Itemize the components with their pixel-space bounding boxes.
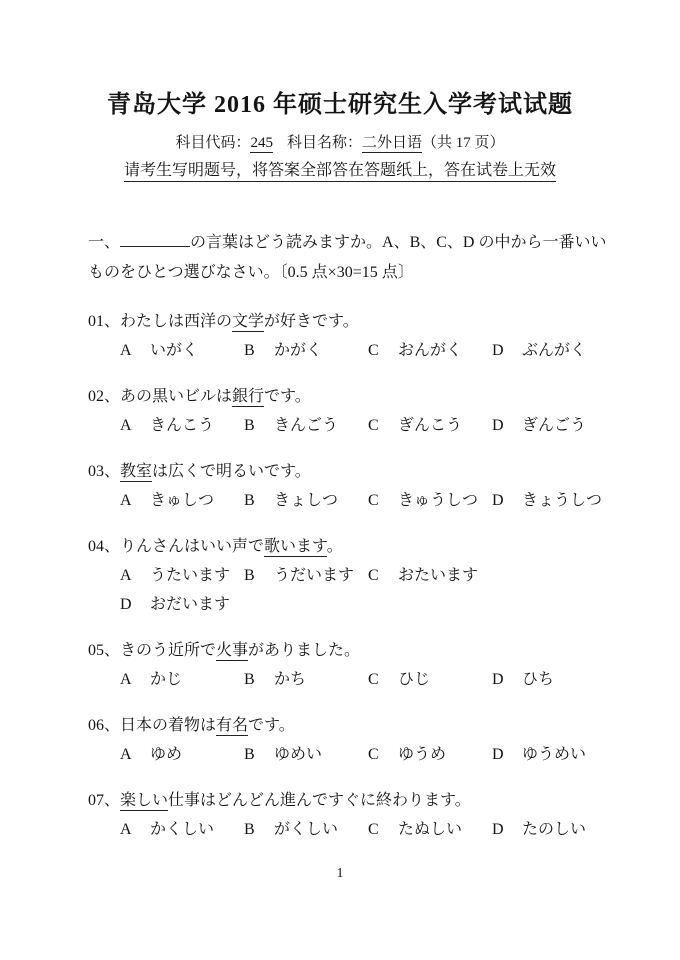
- option-letter: B: [244, 665, 274, 694]
- option-text: たのしい: [522, 815, 586, 844]
- option-b: Bがくしい: [244, 815, 366, 844]
- option-text: おんがく: [398, 336, 462, 365]
- option-b: Bきょしつ: [244, 486, 366, 515]
- option-b: Bゆめい: [244, 740, 366, 769]
- option-d: Dぎんごう: [492, 411, 614, 440]
- option-letter: D: [492, 740, 522, 769]
- option-c: Cたぬしい: [368, 815, 490, 844]
- question-sentence: 04、りんさんはいい声で歌います。: [88, 532, 610, 561]
- options-row: Dおだいます: [88, 590, 610, 619]
- question-sentence: 07、楽しい仕事はどんどん進んですぐに終わります。: [88, 786, 610, 815]
- option-letter: B: [244, 336, 274, 365]
- option-letter: A: [120, 740, 150, 769]
- section-marker: 一、: [88, 234, 120, 251]
- option-letter: D: [492, 336, 522, 365]
- option-text: いがく: [150, 336, 198, 365]
- question-01: 01、わたしは西洋の文学が好きです。 Aいがく Bかがく Cおんがく Dぶんがく: [88, 307, 610, 365]
- options-row: Aかじ Bかち Cひじ Dひち: [88, 665, 610, 694]
- question-sentence: 06、日本の着物は有名です。: [88, 711, 610, 740]
- page-number: 1: [337, 866, 344, 881]
- options-row: Aきゅしつ Bきょしつ Cきゅうしつ Dきょうしつ: [88, 486, 610, 515]
- option-b: Bかち: [244, 665, 366, 694]
- option-b: Bかがく: [244, 336, 366, 365]
- option-a: Aかじ: [120, 665, 242, 694]
- question-07: 07、楽しい仕事はどんどん進んですぐに終わります。 Aかくしい Bがくしい Cた…: [88, 786, 610, 844]
- sentence-post: がありました。: [248, 642, 360, 659]
- question-sentence: 05、きのう近所で火事がありました。: [88, 636, 610, 665]
- section-one-intro: 一、の言葉はどう読みますか。A、B、C、D の中から一番いい ものをひとつ選びな…: [88, 228, 610, 288]
- exam-notice: 请考生写明题号，将答案全部答在答题纸上，答在试卷上无效: [124, 162, 556, 182]
- subject-name-value: 二外日语: [362, 135, 422, 153]
- option-letter: D: [120, 590, 150, 619]
- option-d: Dきょうしつ: [492, 486, 614, 515]
- option-b: Bきんごう: [244, 411, 366, 440]
- question-sentence: 01、わたしは西洋の文学が好きです。: [88, 307, 610, 336]
- sentence-pre: りんさんはいい声で: [120, 538, 264, 555]
- option-c: Cぎんこう: [368, 411, 490, 440]
- sentence-post: は広くで明るいです。: [152, 463, 311, 480]
- intro-line1: の言葉はどう読みますか。A、B、C、D の中から一番いい: [190, 234, 606, 251]
- question-02: 02、あの黒いビルは銀行です。 Aきんこう Bきんごう Cぎんこう Dぎんごう: [88, 382, 610, 440]
- question-number: 04、: [88, 538, 120, 555]
- exam-body: 一、の言葉はどう読みますか。A、B、C、D の中から一番いい ものをひとつ選びな…: [88, 228, 610, 844]
- option-d: Dおだいます: [120, 590, 242, 619]
- underlined-word: 火事: [216, 642, 248, 661]
- option-a: Aいがく: [120, 336, 242, 365]
- option-letter: A: [120, 561, 150, 590]
- sentence-post: 。: [327, 538, 343, 555]
- option-letter: B: [244, 411, 274, 440]
- option-text: ぎんごう: [522, 411, 586, 440]
- intro-line2: ものをひとつ選びなさい。〔0.5 点×30=15 点〕: [88, 264, 414, 281]
- option-letter: D: [492, 665, 522, 694]
- option-letter: A: [120, 815, 150, 844]
- exam-page: 青岛大学 2016 年硕士研究生入学考试试题 科目代码：245科目名称：二外日语…: [0, 0, 680, 960]
- sentence-pre: 日本の着物は: [120, 717, 216, 734]
- option-letter: A: [120, 665, 150, 694]
- option-text: きょうしつ: [522, 486, 602, 515]
- question-number: 05、: [88, 642, 120, 659]
- question-06: 06、日本の着物は有名です。 Aゆめ Bゆめい Cゆうめ Dゆうめい: [88, 711, 610, 769]
- question-sentence: 03、教室は広くで明るいです。: [88, 457, 610, 486]
- option-d: Dぶんがく: [492, 336, 614, 365]
- option-letter: A: [120, 411, 150, 440]
- option-letter: C: [368, 815, 398, 844]
- option-a: Aきゅしつ: [120, 486, 242, 515]
- option-text: ひち: [522, 665, 554, 694]
- option-text: ゆめい: [274, 740, 322, 769]
- question-number: 01、: [88, 313, 120, 330]
- question-number: 06、: [88, 717, 120, 734]
- sentence-post: です。: [264, 388, 311, 405]
- page-title: 青岛大学 2016 年硕士研究生入学考试试题: [0, 88, 680, 122]
- subject-line: 科目代码：245科目名称：二外日语（共 17 页）: [0, 133, 680, 154]
- option-a: Aうたいます: [120, 561, 242, 590]
- option-letter: B: [244, 561, 274, 590]
- options-row: Aいがく Bかがく Cおんがく Dぶんがく: [88, 336, 610, 365]
- sentence-pre: わたしは西洋の: [120, 313, 232, 330]
- option-text: きゅしつ: [150, 486, 214, 515]
- option-text: ゆめ: [150, 740, 182, 769]
- subject-name-label: 科目名称：: [287, 135, 362, 151]
- underlined-word: 銀行: [232, 388, 264, 407]
- option-a: Aゆめ: [120, 740, 242, 769]
- option-text: きんこう: [150, 411, 214, 440]
- option-letter: C: [368, 336, 398, 365]
- underlined-word: 有名: [216, 717, 248, 736]
- blank-underline: [120, 233, 190, 247]
- option-letter: C: [368, 740, 398, 769]
- option-c: Cおんがく: [368, 336, 490, 365]
- option-text: きんごう: [274, 411, 338, 440]
- option-letter: D: [492, 815, 522, 844]
- question-03: 03、教室は広くで明るいです。 Aきゅしつ Bきょしつ Cきゅうしつ Dきょうし…: [88, 457, 610, 515]
- option-text: たぬしい: [398, 815, 462, 844]
- sentence-post: 仕事はどんどん進んですぐに終わります。: [168, 792, 471, 809]
- option-text: おたいます: [398, 561, 478, 590]
- option-d: Dたのしい: [492, 815, 614, 844]
- exam-header: 青岛大学 2016 年硕士研究生入学考试试题 科目代码：245科目名称：二外日语…: [0, 0, 680, 182]
- option-letter: C: [368, 561, 398, 590]
- underlined-word: 歌います: [264, 538, 327, 557]
- subject-code-value: 245: [250, 135, 273, 153]
- option-text: きゅうしつ: [398, 486, 478, 515]
- option-text: ひじ: [398, 665, 430, 694]
- option-a: Aかくしい: [120, 815, 242, 844]
- option-text: ゆうめ: [398, 740, 446, 769]
- option-letter: C: [368, 411, 398, 440]
- options-row: Aかくしい Bがくしい Cたぬしい Dたのしい: [88, 815, 610, 844]
- option-text: かじ: [150, 665, 182, 694]
- options-row: Aきんこう Bきんごう Cぎんこう Dぎんごう: [88, 411, 610, 440]
- option-letter: D: [492, 411, 522, 440]
- question-number: 02、: [88, 388, 120, 405]
- subject-code-label: 科目代码：: [175, 135, 250, 151]
- page-footer: 1: [0, 866, 680, 882]
- option-text: うだいます: [274, 561, 354, 590]
- option-letter: C: [368, 665, 398, 694]
- option-text: うたいます: [150, 561, 230, 590]
- option-d: Dゆうめい: [492, 740, 614, 769]
- option-letter: B: [244, 740, 274, 769]
- sentence-post: です。: [248, 717, 295, 734]
- option-text: がくしい: [274, 815, 338, 844]
- option-c: Cひじ: [368, 665, 490, 694]
- pages-note: （共 17 页）: [422, 135, 505, 151]
- question-number: 07、: [88, 792, 120, 809]
- option-letter: A: [120, 486, 150, 515]
- option-c: Cゆうめ: [368, 740, 490, 769]
- option-letter: B: [244, 815, 274, 844]
- option-letter: C: [368, 486, 398, 515]
- options-row: Aゆめ Bゆめい Cゆうめ Dゆうめい: [88, 740, 610, 769]
- option-a: Aきんこう: [120, 411, 242, 440]
- option-text: ぶんがく: [522, 336, 586, 365]
- sentence-pre: あの黒いビルは: [120, 388, 232, 405]
- underlined-word: 楽しい: [120, 792, 168, 811]
- option-letter: B: [244, 486, 274, 515]
- option-b: Bうだいます: [244, 561, 366, 590]
- option-text: ぎんこう: [398, 411, 462, 440]
- option-d: Dひち: [492, 665, 614, 694]
- option-text: おだいます: [150, 590, 230, 619]
- underlined-word: 文学: [232, 313, 264, 332]
- option-c: Cきゅうしつ: [368, 486, 490, 515]
- options-row: Aうたいます Bうだいます Cおたいます: [88, 561, 610, 590]
- question-04: 04、りんさんはいい声で歌います。 Aうたいます Bうだいます Cおたいます D…: [88, 532, 610, 619]
- option-c: Cおたいます: [368, 561, 490, 590]
- option-letter: D: [492, 486, 522, 515]
- question-05: 05、きのう近所で火事がありました。 Aかじ Bかち Cひじ Dひち: [88, 636, 610, 694]
- underlined-word: 教室: [120, 463, 152, 482]
- notice-line: 请考生写明题号，将答案全部答在答题纸上，答在试卷上无效: [0, 160, 680, 182]
- sentence-pre: きのう近所で: [120, 642, 216, 659]
- option-text: かがく: [274, 336, 322, 365]
- option-text: かくしい: [150, 815, 214, 844]
- question-number: 03、: [88, 463, 120, 480]
- question-sentence: 02、あの黒いビルは銀行です。: [88, 382, 610, 411]
- sentence-post: が好きです。: [264, 313, 359, 330]
- option-text: ゆうめい: [522, 740, 586, 769]
- option-text: きょしつ: [274, 486, 338, 515]
- option-letter: A: [120, 336, 150, 365]
- option-text: かち: [274, 665, 306, 694]
